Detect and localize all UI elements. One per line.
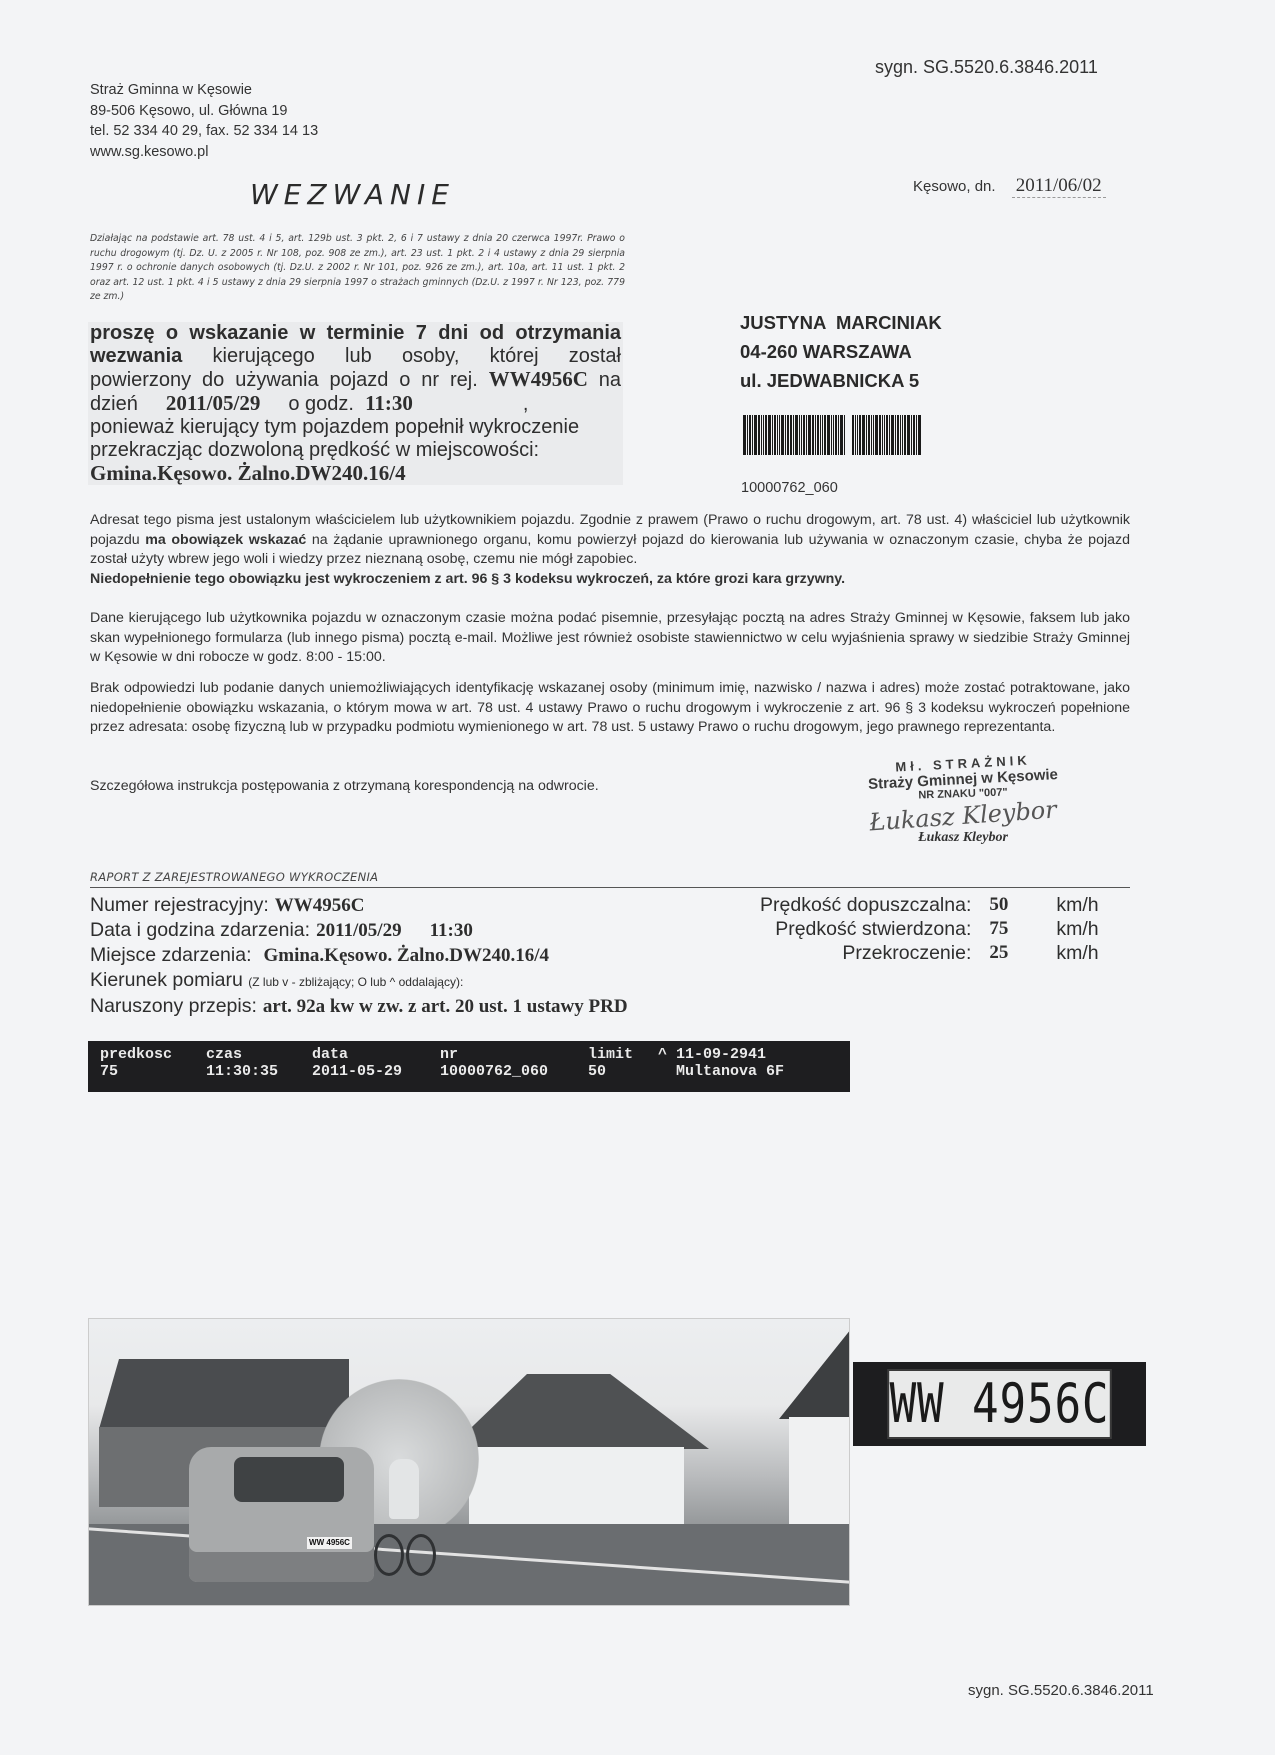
request-line3: powierzony do używania pojazd o nr rej. — [90, 369, 478, 391]
reference-number-bottom: sygn. SG.5520.6.3846.2011 — [968, 1682, 1154, 1699]
place-label: Miejsce zdarzenia: — [90, 944, 251, 966]
radar-value: 2011-05-29 — [312, 1063, 440, 1080]
radar-data-strip: predkosc czas data nr limit ^ 11-09-2941… — [88, 1041, 850, 1092]
datetime-time: 11:30 — [430, 920, 473, 941]
speed-unit: km/h — [1044, 941, 1098, 965]
speed-label: Prędkość stwierdzona: — [760, 917, 989, 941]
barcode-bar — [747, 415, 748, 455]
radar-header: predkosc — [100, 1046, 206, 1063]
speed-label: Przekroczenie: — [760, 941, 989, 965]
report-heading: RAPORT Z ZAREJESTROWANEGO WYKROCZENIA — [90, 870, 1130, 888]
direction-label: Kierunek pomiaru — [90, 969, 243, 991]
car: WW 4956C — [189, 1447, 374, 1582]
barcode-bar — [844, 415, 845, 455]
barcode-bar — [859, 415, 861, 455]
barcode-bar — [866, 415, 867, 455]
barcode-bar — [787, 415, 789, 455]
barcode-bar — [761, 415, 762, 455]
request-line3-end: na — [599, 369, 621, 391]
barcode-bar — [907, 415, 910, 455]
barcode-bar — [781, 415, 784, 455]
house-roof — [449, 1374, 709, 1449]
barcode-bar — [743, 415, 746, 455]
barcode — [743, 415, 1043, 455]
violation-label: Naruszony przepis: — [90, 995, 257, 1017]
request-line2-rest: kierującego lub osoby, której został — [213, 345, 622, 367]
barcode-bar — [897, 415, 899, 455]
request-time-label: o godz. — [288, 393, 354, 415]
recipient-city: 04-260 WARSZAWA — [740, 337, 942, 366]
sender-block: Straż Gminna w Kęsowie 89-506 Kęsowo, ul… — [90, 80, 318, 162]
barcode-bar — [884, 415, 885, 455]
barcode-bar — [886, 415, 888, 455]
barcode-bar — [793, 415, 794, 455]
car-plate: WW 4956C — [307, 1537, 352, 1549]
barcode-bar — [803, 415, 805, 455]
barcode-bar — [904, 415, 906, 455]
radar-header: data — [312, 1046, 440, 1063]
barcode-bar — [777, 415, 778, 455]
barcode-bar — [857, 415, 858, 455]
reference-number-top: sygn. SG.5520.6.3846.2011 — [875, 57, 1098, 78]
paragraph-instructions: Szczegółowa instrukcja postępowania z ot… — [90, 778, 599, 794]
radar-value: Multanova 6F — [658, 1063, 784, 1080]
radar-value: 11:30:35 — [206, 1063, 312, 1080]
registration-value: WW4956C — [275, 895, 365, 916]
barcode-bar — [862, 415, 865, 455]
barcode-bar — [754, 415, 757, 455]
barcode-bar — [801, 415, 802, 455]
speed-unit: km/h — [1044, 893, 1098, 917]
barcode-bar — [891, 415, 894, 455]
license-plate-crop: WW 4956C — [853, 1362, 1146, 1446]
barcode-bar — [799, 415, 800, 455]
radar-header: limit — [588, 1046, 658, 1063]
legal-basis: Działając na podstawie art. 78 ust. 4 i … — [90, 232, 625, 305]
direction-hint: (Z lub v - zbliżający; O lub ^ oddalając… — [248, 975, 463, 989]
obligation-emphasis: ma obowiązek wskazać — [145, 532, 306, 548]
speed-summary: Prędkość dopuszczalna:50km/h Prędkość st… — [760, 893, 1099, 965]
request-day-label: dzień — [90, 393, 138, 415]
barcode-bar — [772, 415, 773, 455]
document-title: WEZWANIE — [250, 178, 455, 211]
request-location: Gmina.Kęsowo. Żalno.DW240.16/4 — [90, 462, 621, 485]
officer-stamp: Mł. STRAŻNIK Straży Gminnej w Kęsowie NR… — [843, 756, 1083, 846]
house-wall — [789, 1417, 850, 1537]
place-value: Gmina.Kęsowo. Żalno.DW240.16/4 — [263, 945, 549, 966]
barcode-bar — [871, 415, 872, 455]
registration-label: Numer rejestracyjny: — [90, 894, 269, 916]
barcode-bar — [749, 415, 751, 455]
barcode-number: 10000762_060 — [741, 480, 838, 496]
barcode-bar — [822, 415, 823, 455]
barcode-bar — [902, 415, 903, 455]
house-roof — [99, 1359, 349, 1429]
datetime-label: Data i godzina zdarzenia: — [90, 919, 310, 941]
speed-value: 50 — [989, 893, 1044, 917]
radar-header: czas — [206, 1046, 312, 1063]
speed-unit: km/h — [1044, 917, 1098, 941]
radar-value: 75 — [100, 1063, 206, 1080]
request-plate: WW4956C — [489, 367, 588, 391]
barcode-bar — [879, 415, 881, 455]
barcode-bar — [835, 415, 837, 455]
request-time: 11:30 — [365, 391, 413, 415]
barcode-bar — [916, 415, 917, 455]
barcode-bar — [824, 415, 826, 455]
speed-value: 75 — [989, 917, 1044, 941]
speed-label: Prędkość dopuszczalna: — [760, 893, 989, 917]
barcode-bar — [840, 415, 843, 455]
barcode-bar — [779, 415, 780, 455]
radar-header: ^ 11-09-2941 — [658, 1046, 766, 1063]
barcode-bar — [774, 415, 776, 455]
radar-value-row: 75 11:30:35 2011-05-29 10000762_060 50 M… — [100, 1063, 850, 1080]
datetime-date: 2011/05/29 — [316, 920, 402, 941]
barcode-bar — [882, 415, 883, 455]
radar-header: nr — [440, 1046, 588, 1063]
barcode-bar — [913, 415, 915, 455]
obligation-warning: Niedopełnienie tego obowiązku jest wykro… — [90, 570, 1130, 590]
barcode-bar — [806, 415, 807, 455]
house-roof — [779, 1329, 850, 1419]
barcode-bar — [768, 415, 771, 455]
barcode-bar — [900, 415, 901, 455]
request-block: proszę o wskazanie w terminie 7 dni od o… — [88, 322, 623, 485]
barcode-bar — [889, 415, 890, 455]
bike-wheel — [406, 1534, 436, 1576]
recipient-block: JUSTYNA MARCINIAK 04-260 WARSZAWA ul. JE… — [740, 308, 942, 395]
barcode-bar — [831, 415, 832, 455]
barcode-bar — [795, 415, 798, 455]
cyclist — [374, 1459, 434, 1579]
paragraph-obligation: Adresat tego pisma jest ustalonym właści… — [90, 511, 1130, 589]
barcode-bar — [918, 415, 921, 455]
barcode-bar — [868, 415, 870, 455]
violation-value: art. 92a kw w zw. z art. 20 ust. 1 ustaw… — [263, 996, 628, 1017]
sender-organization: Straż Gminna w Kęsowie — [90, 80, 318, 101]
barcode-bar — [827, 415, 830, 455]
recipient-street: ul. JEDWABNICKA 5 — [740, 366, 942, 395]
request-line1: proszę o wskazanie w terminie 7 dni od o… — [90, 322, 621, 344]
barcode-bar — [852, 415, 854, 455]
radar-value: 10000762_060 — [440, 1063, 588, 1080]
request-comma: , — [523, 393, 529, 415]
radar-header-row: predkosc czas data nr limit ^ 11-09-2941 — [100, 1046, 850, 1063]
barcode-bar — [911, 415, 912, 455]
radar-value: 50 — [588, 1063, 658, 1080]
recipient-name: JUSTYNA MARCINIAK — [740, 308, 942, 337]
speed-row: Prędkość stwierdzona:75km/h — [760, 917, 1099, 941]
barcode-bar — [785, 415, 786, 455]
speed-row: Prędkość dopuszczalna:50km/h — [760, 893, 1099, 917]
barcode-bar — [855, 415, 856, 455]
barcode-bar — [790, 415, 792, 455]
barcode-bar — [833, 415, 834, 455]
barcode-bar — [808, 415, 811, 455]
barcode-bar — [815, 415, 816, 455]
place-date-label: Kęsowo, dn. — [913, 178, 996, 195]
barcode-bar — [817, 415, 819, 455]
place-date: Kęsowo, dn. 2011/06/02 — [913, 175, 1106, 198]
request-line6: przekraczjąc dozwoloną prędkość w miejsc… — [90, 439, 621, 462]
cyclist-body — [389, 1459, 419, 1519]
paragraph-contact: Dane kierującego lub użytkownika pojazdu… — [90, 609, 1130, 668]
barcode-bar — [765, 415, 767, 455]
speed-row: Przekroczenie:25km/h — [760, 941, 1099, 965]
barcode-bar — [763, 415, 764, 455]
barcode-bar — [758, 415, 760, 455]
speed-camera-photo: WW 4956C — [88, 1318, 850, 1606]
sender-website: www.sg.kesowo.pl — [90, 142, 318, 163]
barcode-bar — [873, 415, 874, 455]
sender-address: 89-506 Kęsowo, ul. Główna 19 — [90, 101, 318, 122]
request-date: 2011/05/29 — [166, 391, 261, 415]
barcode-bar — [812, 415, 814, 455]
paragraph-consequences: Brak odpowiedzi lub podanie danych uniem… — [90, 679, 1130, 738]
barcode-bar — [875, 415, 878, 455]
barcode-bar — [838, 415, 839, 455]
document-date: 2011/06/02 — [1012, 175, 1106, 198]
barcode-bar — [895, 415, 896, 455]
request-line2-bold: wezwania — [90, 345, 182, 367]
report-details: Numer rejestracyjny:WW4956C Data i godzi… — [90, 893, 628, 1019]
barcode-bar — [752, 415, 753, 455]
sender-phone-fax: tel. 52 334 40 29, fax. 52 334 14 13 — [90, 121, 318, 142]
car-rear-window — [234, 1457, 344, 1502]
bike-wheel — [374, 1534, 404, 1576]
license-plate-text: WW 4956C — [888, 1369, 1112, 1439]
barcode-bar — [820, 415, 821, 455]
speed-value: 25 — [989, 941, 1044, 965]
request-line5: ponieważ kierujący tym pojazdem popełnił… — [90, 416, 621, 439]
